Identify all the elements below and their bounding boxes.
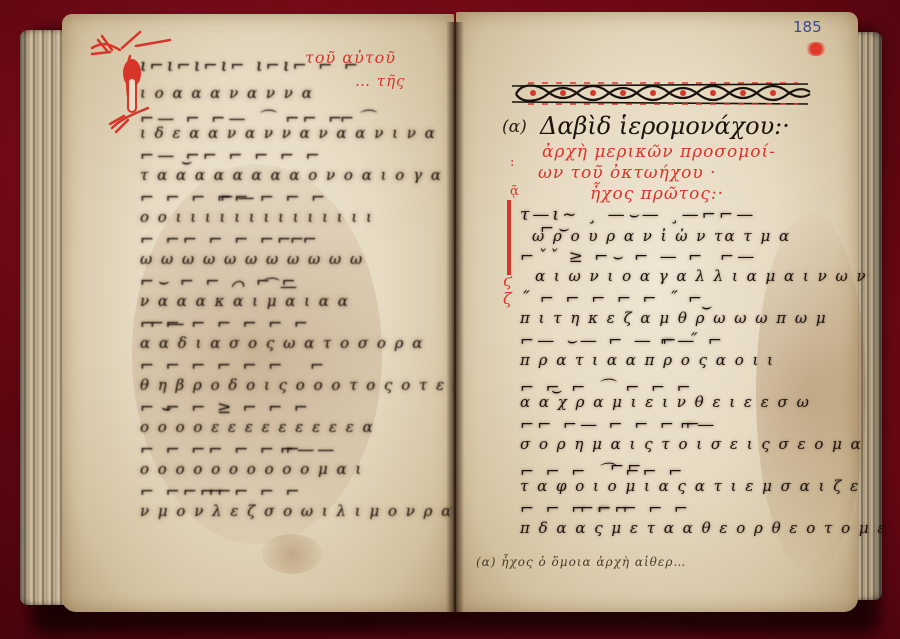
neume-line: ⌐ ⌐ ⌐ ⌒ ⌐ ⌐ ⌐⌣ xyxy=(520,373,840,393)
lyric-line: ν α α α κ α ι μ α ι α α xyxy=(140,292,430,314)
neume-line: ⌐— ⌐⌐ ⌐ ⌐ ⌐ ⌐⌣ xyxy=(140,146,430,166)
neume-line: ˝ ⌐ ⌐ ⌐ ⌐ ⌐ ˝ ⌐⌣ xyxy=(520,289,840,309)
lyric-line: ω ρ ο υ ρ α ν ἰ ὡ ν τα τ μ α⌐⌣ xyxy=(520,227,840,247)
lyric-line: π ι τ η κ ε ζ α μ θ ρ ω ω ω π ω μ xyxy=(520,309,840,331)
red-initial-pi-icon xyxy=(505,200,515,275)
neume-line: ⌐ ⌐⌐ ⌐ ⌐ ⌐⌐ ⌐⌐ xyxy=(140,230,430,250)
mode-signature: : ᾷ xyxy=(510,155,519,199)
lyric-line: ν μ ο ν λ ε ζ σ ο ω ι λ ι μ ο ν ρ α ε ι … xyxy=(140,502,430,524)
mode-mark: : xyxy=(510,155,519,170)
neume-line: ⌐ ⌐ ⌐ ⌐⌐ ⌐ ⌐ ⌐⌐— xyxy=(140,188,430,208)
lyric-line: ο ο ο ο ε ε ε ε ε ε ε ε ε α xyxy=(140,418,430,440)
neume-line: ⌐ ⌐⌐ ⌐ ⌐ ⌐ ⌐⌐⌐ xyxy=(140,482,430,502)
section-marker: (α) xyxy=(502,117,527,137)
lyric-line: ι δ ε α α ν α ν ν α ν α α ν ι ν α xyxy=(140,124,430,146)
lyric-line: σ ο ρ η μ α ι ς τ ο ι σ ε ι ς σ ε ο μ α xyxy=(520,435,840,457)
lyric-line: ο ο ο ο ο ο ο ο ο ο μ α ι xyxy=(140,460,430,482)
lyric-line: π ρ α τ ι α α π ρ ο ς α ο ι ι xyxy=(520,351,840,373)
neume-line: ⌐ ⌐ ⌐ ≥ ⌐ ⌐ ⌐⌣ xyxy=(140,398,430,418)
right-page-text: τ—ι~ ¸ —⌣— ¸—⌐⌐— ω ρ ο υ ρ α ν ἰ ὡ ν τα … xyxy=(520,205,840,541)
foxing-stain xyxy=(262,534,322,574)
neume-line: ⌐ ⌐ ⌐ ⌐ ⌐ ⌐ ⌐⌐⌐⌐ xyxy=(520,499,840,519)
neume-line: ⌐ˇˇ ≥ ⌐⌣ ⌐ — ⌐⌐— xyxy=(520,247,840,267)
lyric-line: α ι ω ν ι ο α γ α λ λ ι α μ α ι ν ω ν xyxy=(520,267,840,289)
braided-headpiece-icon xyxy=(508,80,813,106)
left-page-text: ι⌐ι⌐ι⌐ι⌐ ι⌐ι⌐ ⌐ ⌐ ι ο α α α ν α ν ν α ⌐—… xyxy=(140,56,430,524)
initial-flourish: ϛζ xyxy=(503,272,512,308)
mode-mark: ᾷ xyxy=(510,184,519,199)
marginal-note: (α) ἦχος ὁ ὅμοια ἀρχὴ αἰθερ… xyxy=(476,555,686,569)
lyric-line: ω ω ω ω ω ω ω ω ω ω ω xyxy=(140,250,430,272)
neume-line: ⌐— ⌣— ⌐ — ⌐ ˝ ⌐⌐— xyxy=(520,331,840,351)
rubric-line: ἦχος πρῶτος:· xyxy=(590,184,724,204)
lyric-line: τ α φ ο ι ο μ ι α ς α τ ι ε μ σ α ι ζ ε xyxy=(520,477,840,499)
lyric-line: π δ α α ς μ ε τ α α θ ε ο ρ θ ε ο τ ο μ … xyxy=(520,519,840,541)
neume-line: ⌐ ⌐ ⌐⌐ ⌐ ⌐ ⌐⌐—— xyxy=(140,440,430,460)
neume-line: ⌐ ⌐ ⌐ ⌐ ⌐ ⌐ ⌐⌐— xyxy=(140,314,430,334)
folio-number: 185 xyxy=(793,18,822,36)
neume-line: ⌐⌐ ⌐— ⌐ ⌐ ⌐ ⌐⌐— xyxy=(520,415,840,435)
neume-line: ι⌐ι⌐ι⌐ι⌐ ι⌐ι⌐ ⌐ ⌐ xyxy=(140,56,430,84)
rubric-line: ων τοῦ ὀκτωήχου · xyxy=(538,163,717,183)
rubric-line: ἀρχὴ μερικῶν προσομοί- xyxy=(542,142,776,162)
composer-heading: Δαβὶδ ἱερομονάχου:· xyxy=(540,112,790,140)
lyric-line: τ α α α α α α α α ο ν ο α ι ο γ α xyxy=(140,166,430,188)
book-gutter xyxy=(446,22,464,612)
neume-line: ⌐ ⌐ ⌐ ⌒ ⌐⌐ ⌐⌐⌐ xyxy=(520,457,840,477)
lyric-line: α α δ ι α σ ο ς ω α τ ο σ ο ρ α xyxy=(140,334,430,356)
red-ink-blot xyxy=(805,42,827,56)
neume-line: ⌐— ⌐ ⌐— ⌒ ⌐⌐ ⌐⌐⌒ xyxy=(140,104,430,124)
lyric-line: α α χ ρ α μ ι ε ι ν θ ε ι ε ε σ ω xyxy=(520,393,840,415)
lyric-line: ι ο α α α ν α ν ν α xyxy=(140,84,430,104)
lyric-line: θ η β ρ ο δ ο ι ς ο ο ο τ ο ς ο τ ε α φ xyxy=(140,376,430,398)
neume-line: ⌐⌣ ⌐ ⌐ ⌒ ⌐ ⌐⌒— xyxy=(140,272,430,292)
neume-line: ⌐ ⌐ ⌐ ⌐ ⌐ ⌐⌐ xyxy=(140,356,430,376)
lyric-line: ο ο ι ι ι ι ι ι ι ι ι ι ι ι ι ι xyxy=(140,208,430,230)
